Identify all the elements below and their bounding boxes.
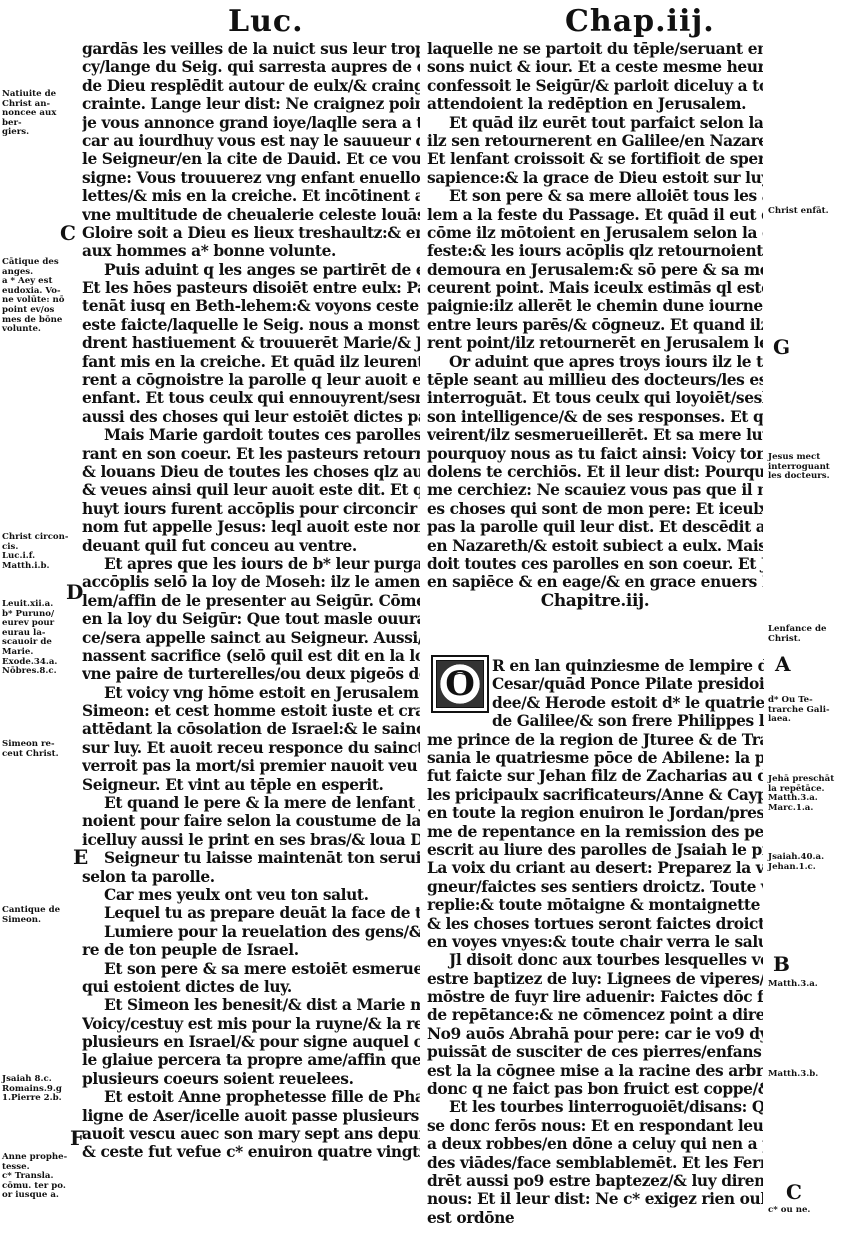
text-line: gneur/faictes ses sentiers droictz. Tout… (427, 878, 763, 896)
text-line: me cerchiez: Ne scauiez vous pas que il … (427, 481, 763, 499)
text-line: le Seigneur/en la cite de Dauid. Et ce v… (82, 150, 420, 168)
margin-note: Christ circon- cis. Luc.i.f. Matth.i.b. (2, 533, 76, 571)
text-line: lem/affin de le presenter au Seigūr. Cōm… (82, 592, 420, 610)
text-line: Et les hōes pasteurs disoiēt entre eulx:… (82, 279, 420, 297)
text-line: re de ton peuple de Israel. (82, 941, 420, 959)
text-line: pourquoy nous as tu faict ainsi: Voicy t… (427, 445, 763, 463)
text-line: laquelle ne se partoit du tēple/seruant … (427, 40, 763, 58)
margin-note: Matth.3.a. (768, 980, 850, 990)
text-line: Cesar/quād Ponce Pilate presidoit en Ju- (492, 675, 764, 693)
text-line: verroit pas la mort/si premier nauoit ve… (82, 757, 420, 775)
text-line: fant mis en la creiche. Et quād ilz leur… (82, 353, 420, 371)
margin-note: Jesus mect interroguant les docteurs. (768, 453, 850, 482)
text-line: Et quand le pere & la mere de lenfant Je… (82, 794, 420, 812)
section-letter-marker: A (775, 652, 791, 676)
text-line: attēdant la cōsolation de Israel:& le sa… (82, 720, 420, 738)
text-line: noient pour faire selon la coustume de l… (82, 812, 420, 830)
text-line: Et les tourbes linterroguoiēt/disans: Qu… (427, 1098, 763, 1116)
text-line: entre leurs parēs/& cōgneuz. Et quand il… (427, 316, 763, 334)
text-line: crainte. Lange leur dist: Ne craignez po… (82, 95, 420, 113)
text-line: en sapiēce & en eage/& en grace enuers D… (427, 573, 763, 591)
chapter-opening-lines: R en lan quinziesme de lempire de Tybere… (492, 657, 764, 731)
text-line: sapience:& la grace de Dieu estoit sur l… (427, 169, 763, 187)
text-line: dee/& Herode estoit d* le quatriesme pri… (492, 694, 764, 712)
text-line: plusieurs coeurs soient reuelees. (82, 1070, 420, 1088)
text-line: attendoient la redēption en Jerusalem. (427, 95, 763, 113)
text-line: mōstre de fuyr lire aduenir: Faictes dōc… (427, 988, 763, 1006)
text-line: cy/lange du Seig. qui sarresta aupres de… (82, 58, 420, 76)
text-line: confessoit le Seigūr/& parloit diceluy a… (427, 77, 763, 95)
text-line: feste:& les iours acōplis qlz retournoie… (427, 242, 763, 260)
text-line: interroguāt. Et tous ceulx qui loyoiēt/s… (427, 389, 763, 407)
text-line: puissāt de susciter de ces pierres/enfan… (427, 1043, 763, 1061)
text-line: es choses qui sont de mon pere: Et iceul… (427, 500, 763, 518)
text-line: Et son pere & sa mere alloiēt tous les a… (427, 187, 763, 205)
text-line: le glaiue percera ta propre ame/affin qu… (82, 1051, 420, 1069)
right-text-column-upper: laquelle ne se partoit du tēple/seruant … (427, 40, 763, 610)
text-line: en toute la region enuiron le Jordan/pre… (427, 804, 763, 822)
text-line: lettes/& mis en la creiche. Et incōtinen… (82, 187, 420, 205)
text-line: tēple seant au millieu des docteurs/les … (427, 371, 763, 389)
text-line: Et lenfant croissoit & se fortifioit de … (427, 150, 763, 168)
margin-note: Jsaiah 8.c. Romains.9.g 1.Pierre 2.b. (2, 1075, 76, 1104)
text-line: deuant quil fut conceu au ventre. (82, 537, 420, 555)
text-line: huyt iours furent accōplis pour circonci… (82, 500, 420, 518)
text-line: La voix du criant au desert: Preparez la… (427, 859, 763, 877)
text-line: Gloire soit a Dieu es lieux treshaultz:&… (82, 224, 420, 242)
text-line: pas la parolle quil leur dist. Et descēd… (427, 518, 763, 536)
text-line: sons nuict & iour. Et a ceste mesme heur… (427, 58, 763, 76)
text-line: & veues ainsi quil leur auoit este dit. … (82, 481, 420, 499)
margin-note: Anne prophe- tesse. c* Transla. cōmu. te… (2, 1153, 76, 1201)
text-line: vne paire de turterelles/ou deux pigeōs … (82, 665, 420, 683)
text-line: fut faicte sur Jehan filz de Zacharias a… (427, 767, 763, 785)
text-line: & louans Dieu de toutes les choses qlz a… (82, 463, 420, 481)
text-line: me de repentance en la remission des pec… (427, 823, 763, 841)
text-line: Car mes yeulx ont veu ton salut. (82, 886, 420, 904)
margin-note: Matth.3.b. (768, 1070, 850, 1080)
text-line: Or aduint que apres troys iours ilz le t… (427, 353, 763, 371)
margin-note: Natiuite de Christ an- noncee aux ber- g… (2, 90, 76, 138)
margin-note: d* Ou Te- trarche Gali- laea. (768, 696, 850, 725)
text-line: dolens te cerchiōs. Et il leur dist: Pou… (427, 463, 763, 481)
text-line: signe: Vous trouuerez vng enfant enuello… (82, 169, 420, 187)
text-line: donc q ne faict pas bon fruict est coppe… (427, 1080, 763, 1098)
text-line: auoit vescu auec son mary sept ans depui… (82, 1125, 420, 1143)
section-letter-marker: D (66, 580, 83, 604)
text-line: Et Simeon les benesit/& dist a Marie mer… (82, 996, 420, 1014)
text-line: paignie:ilz allerēt le chemin dune iourn… (427, 297, 763, 315)
margin-note: Jsaiah.40.a. Jehan.1.c. (768, 853, 850, 872)
text-line: escrit au liure des parolles de Jsaiah l… (427, 841, 763, 859)
text-line: veirent/ilz sesmerueillerēt. Et sa mere … (427, 426, 763, 444)
text-line: Seigneur. Et vint au tēple en esperit. (82, 776, 420, 794)
text-line: aussi des choses qui leur estoiēt dictes… (82, 408, 420, 426)
drop-initial-letter: O (433, 657, 487, 711)
text-line: este faicte/laquelle le Seig. nous a mon… (82, 316, 420, 334)
left-text-column: gardās les veilles de la nuict sus leur … (82, 40, 420, 1162)
margin-note: Simeon re- ceut Christ. (2, 740, 76, 759)
text-line: rant en son coeur. Et les pasteurs retou… (82, 445, 420, 463)
margin-note: Christ enfāt. (768, 207, 850, 217)
section-letter-marker: E (73, 845, 88, 869)
text-line: rent point/ilz retournerēt en Jerusalem … (427, 334, 763, 352)
text-line: Et son pere & sa mere estoiēt esmerueill… (82, 960, 420, 978)
margin-note: Leuit.xii.a. b* Puruno/ eurev pour eurau… (2, 600, 76, 677)
text-line: de repētance:& ne cōmencez point a dire … (427, 1006, 763, 1024)
running-head-chapter: Chap.iij. (565, 4, 715, 39)
text-line: doit toutes ces parolles en son coeur. E… (427, 555, 763, 573)
text-line: en la loy du Seigūr: Que tout masle ouur… (82, 610, 420, 628)
text-line: vne multitude de cheualerie celeste louā… (82, 206, 420, 224)
text-line: ceurent point. Mais iceulx estimās ql es… (427, 279, 763, 297)
text-line: de Galilee/& son frere Philippes le quat… (492, 712, 764, 730)
text-line: enfant. Et tous ceulx qui ennouyrent/ses… (82, 389, 420, 407)
text-line: gardās les veilles de la nuict sus leur … (82, 40, 420, 58)
margin-note: Lenfance de Christ. (768, 625, 850, 644)
text-line: Seigneur tu laisse maintenāt ton seruite… (82, 849, 420, 867)
text-line: No9 auōs Abrahā pour pere: car ie vo9 dy… (427, 1025, 763, 1043)
text-line: drēt aussi po9 estre baptezez/& luy dire… (427, 1172, 763, 1190)
right-text-column-lower: me prince de la region de Jturee & de Tr… (427, 731, 763, 1228)
text-line: estre baptizez de luy: Lignees de vipere… (427, 970, 763, 988)
text-line: nassent sacrifice (selō quil est dit en … (82, 647, 420, 665)
decorated-drop-initial: O (431, 655, 489, 713)
text-line: & les choses tortues seront faictes droi… (427, 915, 763, 933)
text-line: plusieurs en Israel/& pour signe auquel … (82, 1033, 420, 1051)
text-line: drent hastiuement & trouuerēt Marie/& Jo… (82, 334, 420, 352)
running-head-book: Luc. (228, 4, 304, 39)
margin-note: Cātique des anges. a * Aey est eudoxia. … (2, 258, 76, 335)
text-line: lem a la feste du Passage. Et quād il eu… (427, 206, 763, 224)
text-line: Jl disoit donc aux tourbes lesquelles ve… (427, 951, 763, 969)
text-line: selon ta parolle. (82, 868, 420, 886)
text-line: Et quād ilz eurēt tout parfaict selon la… (427, 114, 763, 132)
text-line: accōplis selō la loy de Moseh: ilz le am… (82, 573, 420, 591)
text-line: nom fut appelle Jesus: leql auoit este n… (82, 518, 420, 536)
text-line: Lequel tu as prepare deuāt la face de to… (82, 904, 420, 922)
text-line: Lumiere pour la reuelation des gens/& po… (82, 923, 420, 941)
text-line: a deux robbes/en dōne a celuy qui nen a … (427, 1135, 763, 1153)
margin-note: Cantique de Simeon. (2, 906, 76, 925)
text-line: cōme ilz mōtoient en Jerusalem selon la … (427, 224, 763, 242)
text-line: est ordōne (427, 1209, 763, 1227)
text-line: icelluy aussi le print en ses bras/& lou… (82, 831, 420, 849)
chapter-heading: Chapitre.iij. (427, 592, 763, 610)
text-line: des viādes/face semblablemēt. Et les Fer… (427, 1154, 763, 1172)
text-line: Mais Marie gardoit toutes ces parolles l… (82, 426, 420, 444)
text-line: son intelligence/& de ses responses. Et … (427, 408, 763, 426)
text-line: en Nazareth/& estoit subiect a eulx. Mai… (427, 537, 763, 555)
text-line: demoura en Jerusalem:& sō pere & sa mere… (427, 261, 763, 279)
text-line: nous: Et il leur dist: Ne c* exigez rien… (427, 1190, 763, 1208)
section-letter-marker: B (773, 952, 790, 976)
text-line: sur luy. Et auoit receu responce du sain… (82, 739, 420, 757)
page-header: Luc. Chap.iij. (0, 0, 851, 44)
text-line: replie:& toute mōtaigne & montaignette s… (427, 896, 763, 914)
text-line: tenāt iusq en Beth-lehem:& voyons ceste … (82, 297, 420, 315)
text-line: Et estoit Anne prophetesse fille de Phan… (82, 1088, 420, 1106)
text-line: ligne de Aser/icelle auoit passe plusieu… (82, 1107, 420, 1125)
section-letter-marker: C (60, 221, 76, 245)
section-letter-marker: G (773, 335, 790, 359)
section-letter-marker: F (70, 1126, 84, 1150)
text-line: en voyes vnyes:& toute chair verra le sa… (427, 933, 763, 951)
text-line: aux hommes a* bonne volunte. (82, 242, 420, 260)
text-line: Et voicy vng hōme estoit en Jerusalem q … (82, 684, 420, 702)
text-line: Simeon: et cest homme estoit iuste et cr… (82, 702, 420, 720)
text-line: R en lan quinziesme de lempire de Tybere (492, 657, 764, 675)
text-line: est la la cōgnee mise a la racine des ar… (427, 1062, 763, 1080)
text-line: les pricipaulx sacrificateurs/Anne & Cay… (427, 786, 763, 804)
text-line: me prince de la region de Jturee & de Tr… (427, 731, 763, 749)
text-line: Voicy/cestuy est mis pour la ruyne/& la … (82, 1015, 420, 1033)
text-line: rent a cōgnoistre la parolle q leur auoi… (82, 371, 420, 389)
text-line: qui estoient dictes de luy. (82, 978, 420, 996)
text-line: ce/sera appelle sainct au Seigneur. Auss… (82, 629, 420, 647)
text-line: sania le quatriesme pōce de Abilene: la … (427, 749, 763, 767)
text-line: de Dieu resplēdit autour de eulx/& crain… (82, 77, 420, 95)
text-line: & ceste fut vefue c* enuiron quatre ving… (82, 1143, 420, 1161)
margin-note: c* ou ne. (768, 1206, 850, 1216)
text-line: Puis aduint q les anges se partirēt de e… (82, 261, 420, 279)
text-line: ilz sen retournerent en Galilee/en Nazar… (427, 132, 763, 150)
text-line: car au iourdhuy vous est nay le sauueur … (82, 132, 420, 150)
margin-note: Jehā preschāt la repētāce. Matth.3.a. Ma… (768, 775, 850, 813)
text-line: Et apres que les iours de b* leur purgat… (82, 555, 420, 573)
text-line: se donc ferōs nous: Et en respondant leu… (427, 1117, 763, 1135)
section-letter-marker: C (786, 1180, 802, 1204)
text-line: je vous annonce grand ioye/laqlle sera a… (82, 114, 420, 132)
